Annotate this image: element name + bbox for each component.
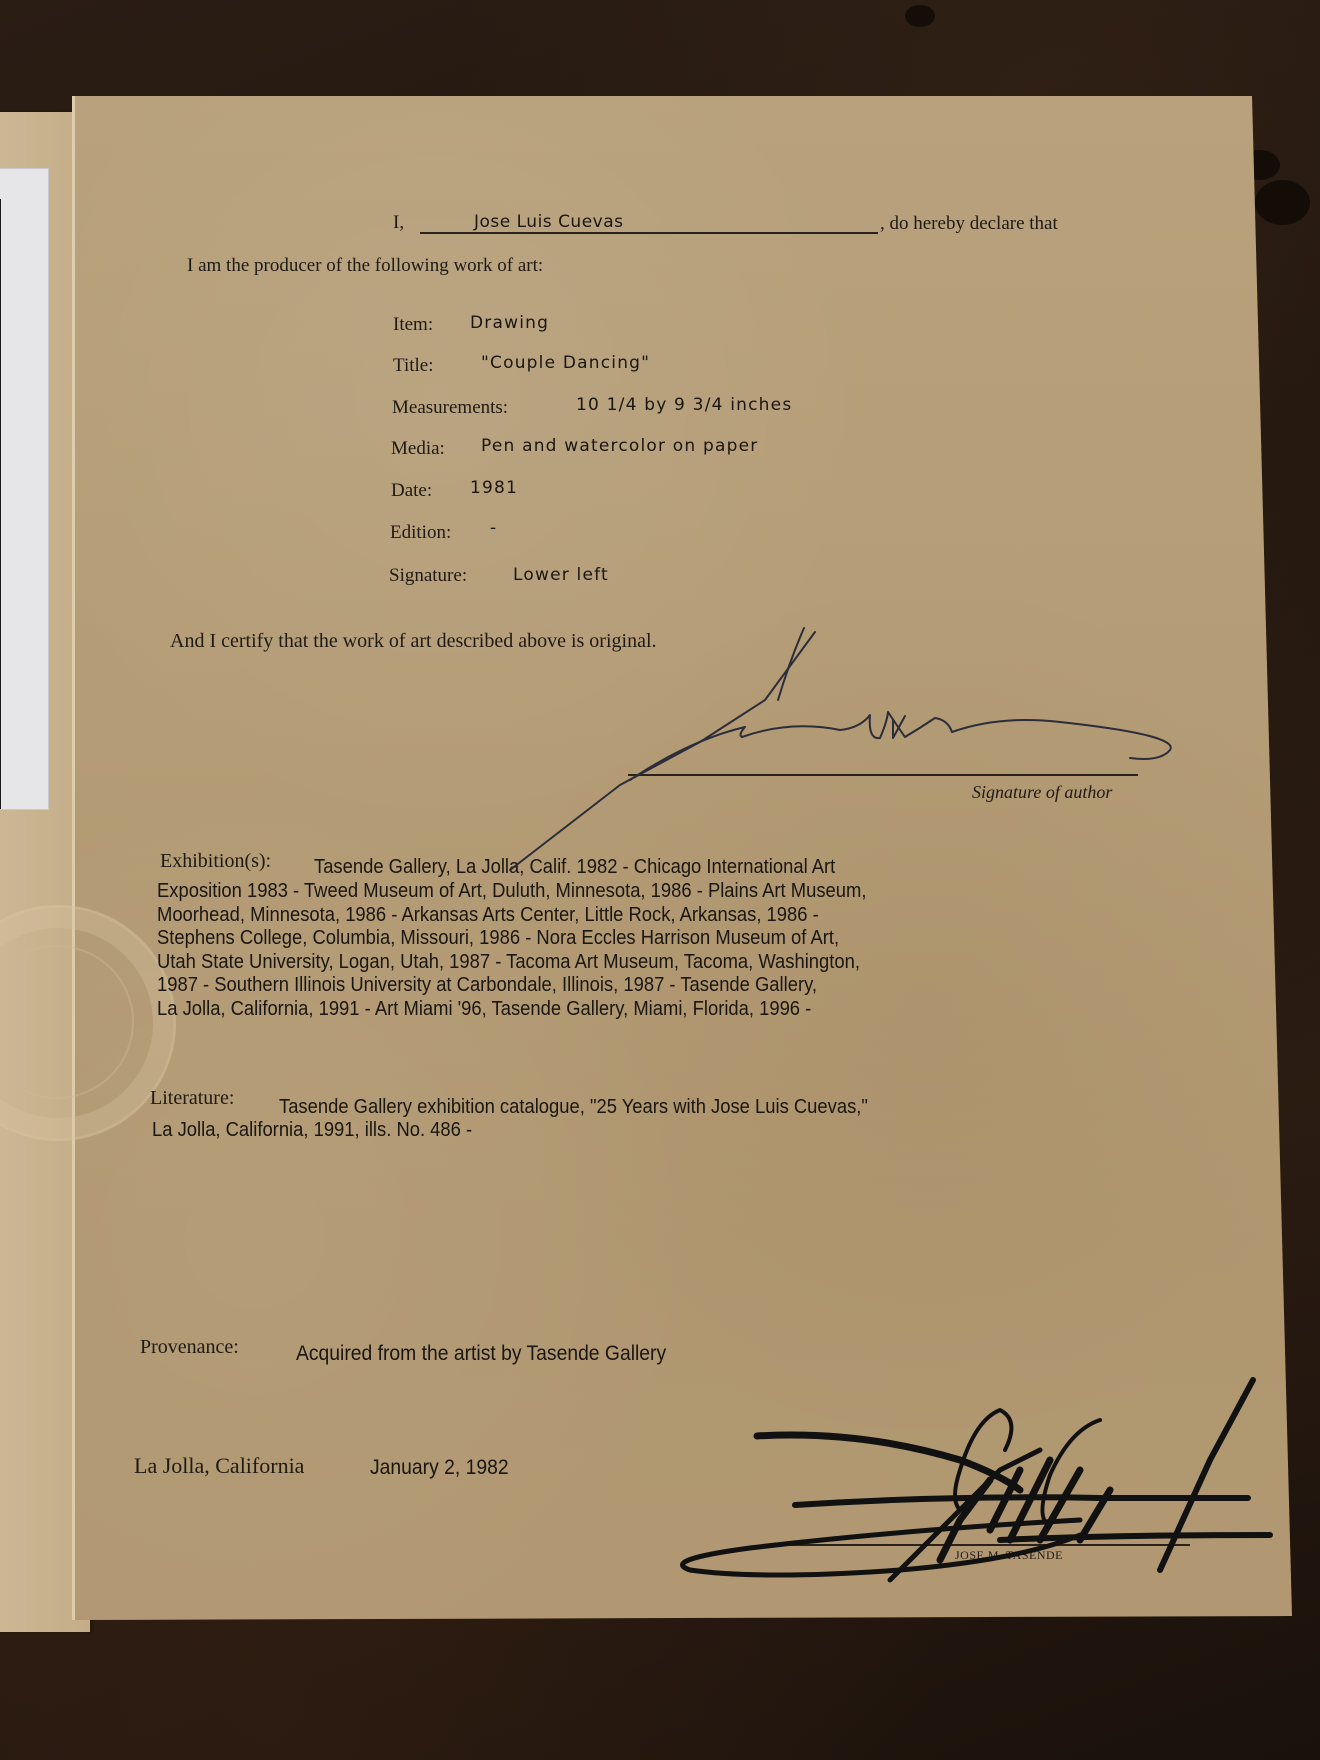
artist-name: Jose Luis Cuevas [474,212,624,232]
literature-label: Literature: [150,1087,234,1110]
field-value-item: Drawing [470,313,549,333]
exhibition-line: Utah State University, Logan, Utah, 1987… [157,951,866,975]
declaration-suffix: , do hereby declare that [880,213,1058,235]
literature-line: Tasende Gallery exhibition catalogue, "2… [279,1096,868,1119]
field-label-title: Title: [393,355,434,377]
field-label-edition: Edition: [390,522,451,544]
field-value-measurements: 10 1/4 by 9 3/4 inches [576,395,792,415]
field-label-date: Date: [391,480,432,502]
literature-line-second: La Jolla, California, 1991, ills. No. 48… [152,1119,472,1142]
field-value-media: Pen and watercolor on paper [481,436,758,456]
artist-name-underline [420,232,878,234]
field-value-signature: Lower left [513,565,609,585]
certification-statement: And I certify that the work of art descr… [170,630,657,653]
sheet-edge [72,96,75,1620]
table-stain [905,5,935,27]
exhibition-line: Moorhead, Minnesota, 1986 - Arkansas Art… [157,904,866,928]
photo-image [0,199,1,809]
dealer-name: JOSE M. TASENDE [955,1548,1063,1563]
field-value-title: "Couple Dancing" [481,353,650,373]
exhibitions-list: Exposition 1983 - Tweed Museum of Art, D… [157,880,866,1021]
table-stain [1255,180,1310,225]
photo-card [0,168,49,810]
field-label-media: Media: [391,438,445,460]
provenance-value: Acquired from the artist by Tasende Gall… [296,1342,666,1366]
issue-date: January 2, 1982 [370,1456,509,1480]
exhibition-line: Tasende Gallery, La Jolla, Calif. 1982 -… [314,856,835,880]
literature-line-first: Tasende Gallery exhibition catalogue, "2… [279,1096,868,1119]
field-label-measurements: Measurements: [392,397,508,419]
author-signature-caption: Signature of author [972,782,1112,803]
exhibition-line: Exposition 1983 - Tweed Museum of Art, D… [157,880,866,904]
declaration-prefix: I, [393,212,404,234]
exhibition-line: La Jolla, California, 1991 - Art Miami '… [157,998,866,1022]
dealer-signature-line [790,1544,1190,1546]
exhibition-line: Stephens College, Columbia, Missouri, 19… [157,927,866,951]
exhibition-line: 1987 - Southern Illinois University at C… [157,974,866,998]
field-value-edition: - [490,518,497,538]
exhibitions-label: Exhibition(s): [160,850,271,873]
field-label-signature: Signature: [389,565,467,587]
field-value-date: 1981 [470,478,518,498]
author-signature-line [628,774,1138,776]
declaration-line-2: I am the producer of the following work … [187,255,543,277]
provenance-label: Provenance: [140,1336,239,1359]
issue-place: La Jolla, California [134,1453,304,1479]
exhibitions-line-first: Tasende Gallery, La Jolla, Calif. 1982 -… [314,856,835,880]
field-label-item: Item: [393,314,433,336]
literature-line: La Jolla, California, 1991, ills. No. 48… [152,1119,472,1142]
